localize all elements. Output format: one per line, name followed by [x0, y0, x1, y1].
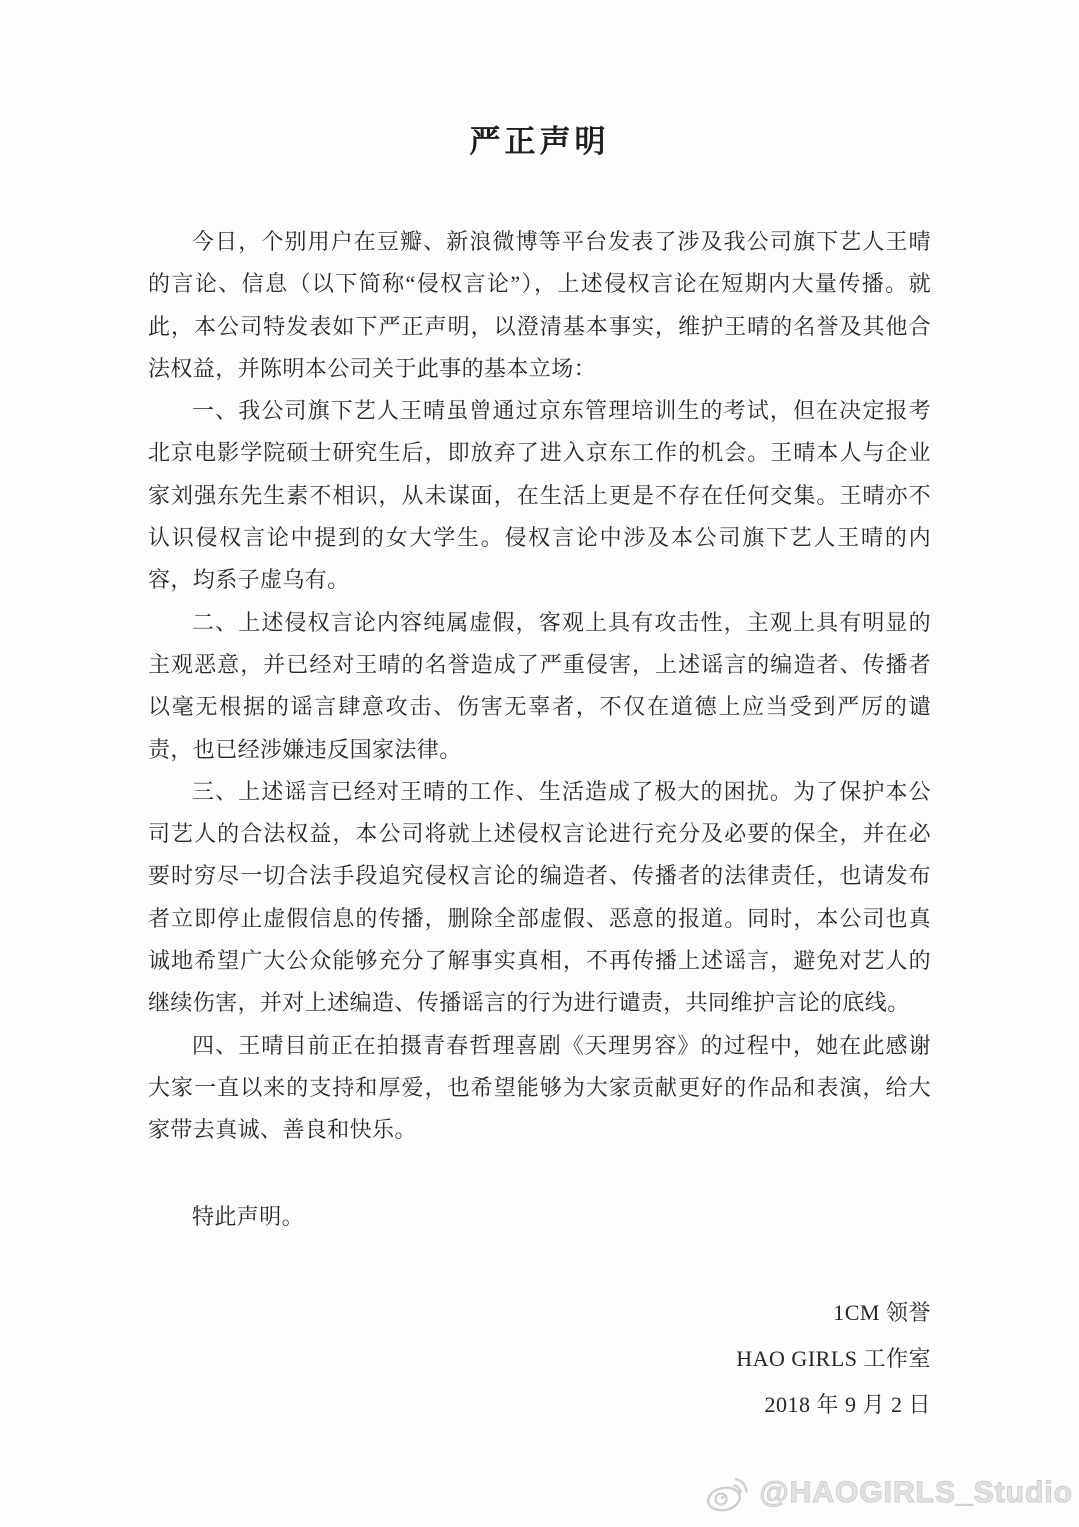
- document-page: 严正声明 今日，个别用户在豆瓣、新浪微博等平台发表了涉及我公司旗下艺人王晴的言论…: [0, 0, 1079, 1527]
- paragraph-point-4: 四、王晴目前正在拍摄青春哲理喜剧《天理男容》的过程中，她在此感谢大家一直以来的支…: [148, 1025, 931, 1152]
- closing-statement: 特此声明。: [148, 1196, 931, 1238]
- signature-date: 2018 年 9 月 2 日: [148, 1382, 931, 1428]
- signature-company-2: HAO GIRLS 工作室: [148, 1336, 931, 1382]
- signature-company-1: 1CM 领誉: [148, 1290, 931, 1336]
- paragraph-point-2: 二、上述侵权言论内容纯属虚假，客观上具有攻击性，主观上具有明显的主观恶意，并已经…: [148, 602, 931, 771]
- page-title: 严正声明: [148, 0, 931, 161]
- paragraph-point-3: 三、上述谣言已经对王晴的工作、生活造成了极大的困扰。为了保护本公司艺人的合法权益…: [148, 771, 931, 1025]
- document-content: 严正声明 今日，个别用户在豆瓣、新浪微博等平台发表了涉及我公司旗下艺人王晴的言论…: [0, 0, 1079, 1428]
- watermark-text: @HAOGIRLS_Studio: [759, 1476, 1073, 1510]
- weibo-watermark: @HAOGIRLS_Studio: [703, 1471, 1073, 1515]
- paragraph-point-1: 一、我公司旗下艺人王晴虽曾通过京东管理培训生的考试，但在决定报考北京电影学院硕士…: [148, 390, 931, 601]
- paragraph-intro: 今日，个别用户在豆瓣、新浪微博等平台发表了涉及我公司旗下艺人王晴的言论、信息（以…: [148, 221, 931, 390]
- weibo-icon: [703, 1471, 753, 1515]
- signature-block: 1CM 领誉 HAO GIRLS 工作室 2018 年 9 月 2 日: [148, 1290, 931, 1428]
